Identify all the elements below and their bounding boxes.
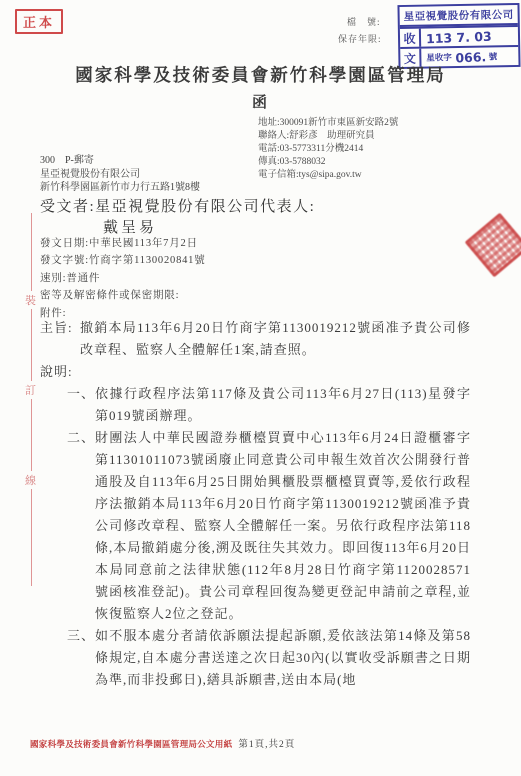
binding-mark-xian: 線	[25, 471, 36, 489]
priority: 速別:普通件	[40, 270, 206, 287]
page-footer: 國家科學及技術委員會新竹科學園區管理局公文用紙 第1頁,共2頁	[30, 736, 295, 750]
subject-paragraph: 主旨: 撤銷本局113年6月20日竹商字第1130019212號函准予貴公司修改…	[40, 317, 471, 361]
item-text: 財團法人中華民國證券櫃檯買賣中心113年6月24日證櫃審字第1130101107…	[95, 427, 471, 625]
binding-mark-ding: 訂	[25, 381, 36, 399]
file-number-label: 檔 號:	[347, 15, 381, 28]
item-text: 依據行政程序法第117條及貴公司113年6月27日(113)星發字第019號函辦…	[95, 383, 471, 427]
agency-email: 電子信箱:tys@sipa.gov.tw	[258, 169, 398, 182]
explanation-label: 說明:	[40, 361, 471, 383]
item-number: 二、	[67, 427, 95, 625]
item-number: 三、	[67, 625, 95, 691]
receipt-stamp-received-row: 收 113 7. 03	[400, 25, 518, 47]
explanation-item-2: 二、 財團法人中華民國證券櫃檯買賣中心113年6月24日證櫃審字第1130101…	[40, 427, 471, 625]
document-type: 函	[0, 91, 521, 112]
copy-type-label: 正本	[23, 15, 55, 30]
company-receipt-stamp: 星亞視覺股份有限公司 收 113 7. 03 文 星收字 066. 號	[397, 3, 520, 69]
item-text: 如不服本處分者請依訴願法提起訴願,爰依該法第14條及第58條規定,自本處分書送達…	[95, 625, 471, 691]
agency-title: 國家科學及技術委員會新竹科學園區管理局	[0, 62, 521, 87]
agency-contact-block: 地址:300091新竹市東區新安路2號 聯絡人:舒彩彥 助理研究員 電話:03-…	[258, 117, 398, 182]
explanation-item-1: 一、 依據行政程序法第117條及貴公司113年6月27日(113)星發字第019…	[40, 383, 471, 427]
explanation-item-3: 三、 如不服本處分者請依訴願法提起訴願,爰依該法第14條及第58條規定,自本處分…	[40, 625, 471, 691]
footer-paper-title: 國家科學及技術委員會新竹科學園區管理局公文用紙	[30, 738, 232, 750]
agency-fax: 傳真:03-5788032	[258, 156, 398, 169]
item-number: 一、	[67, 383, 95, 427]
subject-label: 主旨:	[40, 317, 80, 361]
receipt-received-label: 收	[400, 29, 421, 47]
binding-edge-line	[31, 213, 32, 586]
agency-phone: 電話:03-5773311分機2414	[258, 143, 398, 156]
mail-zip-line: 300 P-郵寄	[40, 154, 200, 168]
official-letter-page: 正本 檔 號: 保存年限: 星亞視覺股份有限公司 收 113 7. 03 文 星…	[0, 0, 521, 776]
footer-page-number: 第1頁,共2頁	[238, 736, 295, 750]
issue-doc-number: 發文字號:竹商字第1130020841號	[40, 252, 206, 269]
recipient-line: 受文者:星亞視覺股份有限公司代表人:	[40, 195, 315, 216]
receipt-date-handwritten: 113 7. 03	[426, 28, 492, 46]
agency-contact-person: 聯絡人:舒彩彥 助理研究員	[258, 130, 398, 143]
retention-period-label: 保存年限:	[338, 32, 382, 45]
mail-address: 新竹科學園區新竹市力行五路1號8樓	[40, 181, 200, 195]
binding-mark-zhuang: 裝	[25, 291, 36, 309]
mailing-address-block: 300 P-郵寄 星亞視覺股份有限公司 新竹科學園區新竹市力行五路1號8樓	[40, 154, 200, 195]
agency-address: 地址:300091新竹市東區新安路2號	[258, 117, 398, 130]
security-classification: 密等及解密條件或保密期限:	[40, 287, 206, 304]
document-meta-block: 發文日期:中華民國113年7月2日 發文字號:竹商字第1130020841號 速…	[40, 235, 206, 322]
mail-company: 星亞視覺股份有限公司	[40, 168, 200, 182]
receipt-stamp-company: 星亞視覺股份有限公司	[399, 5, 517, 27]
subject-text: 撤銷本局113年6月20日竹商字第1130019212號函准予貴公司修改章程、監…	[80, 317, 471, 361]
issue-date: 發文日期:中華民國113年7月2日	[40, 235, 206, 252]
recipient-name: 戴呈易	[103, 216, 157, 237]
registration-seal	[465, 213, 521, 278]
letter-body: 主旨: 撤銷本局113年6月20日竹商字第1130019212號函准予貴公司修改…	[40, 317, 471, 691]
receipt-doc-suffix: 號	[489, 50, 498, 62]
copy-type-stamp: 正本	[15, 9, 63, 34]
